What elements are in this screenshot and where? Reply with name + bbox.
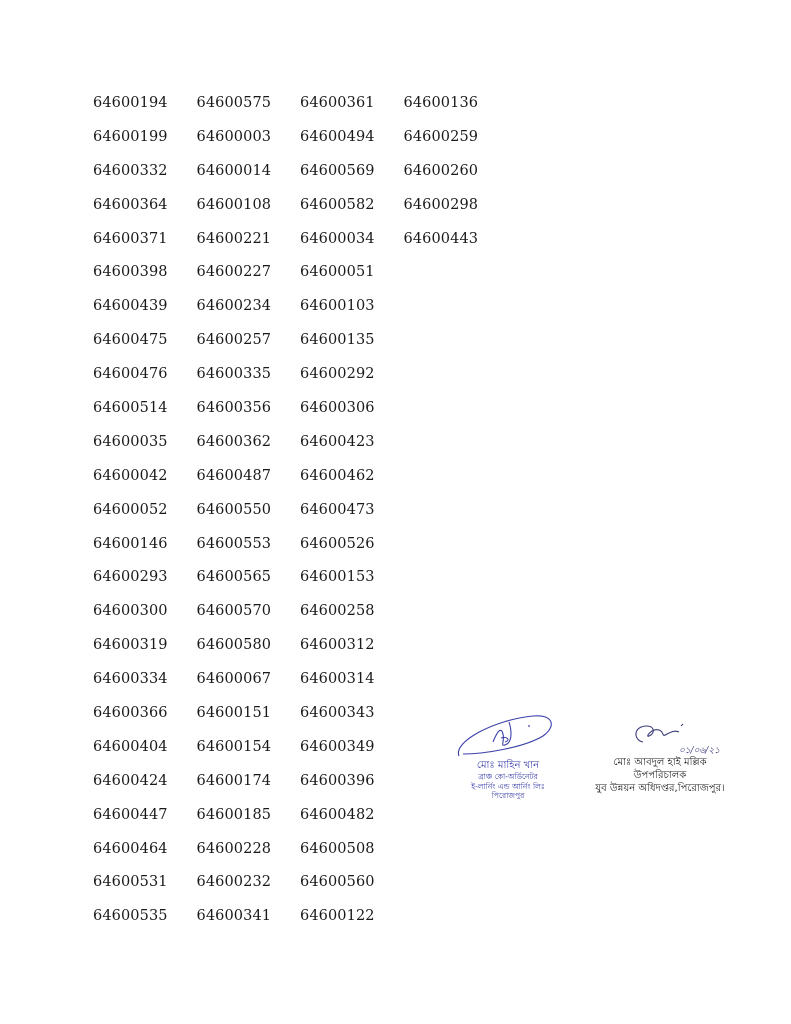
signature-scribble-icon [615,722,705,746]
id-number-cell: 64600494 [300,127,404,161]
id-number-cell: 64600565 [197,567,301,601]
id-number-cell: 64600298 [404,195,508,229]
id-number-cell: 64600136 [404,93,508,127]
id-number-cell: 64600439 [93,296,197,330]
id-number-cell: 64600221 [197,229,301,263]
id-number-cell: 64600314 [300,669,404,703]
id-number-cell: 64600553 [197,534,301,568]
left-signatory-organization: ই-লার্নিং এন্ড আর্নিং লিঃ [448,782,568,792]
id-number-cell: 64600476 [93,364,197,398]
id-number-cell: 64600154 [197,737,301,771]
right-signatory-organization: যুব উন্নয়ন অধিদপ্তর,পিরোজপুর। [590,782,730,795]
id-number-cell: 64600424 [93,771,197,805]
id-number-cell: 64600398 [93,262,197,296]
id-column-3: 6460036164600494646005696460058264600034… [300,93,404,940]
id-number-cell: 64600473 [300,500,404,534]
id-number-cell: 64600335 [197,364,301,398]
id-number-cell: 64600475 [93,330,197,364]
id-number-cell: 64600447 [93,805,197,839]
id-number-cell: 64600575 [197,93,301,127]
id-number-cell: 64600334 [93,669,197,703]
id-number-cell: 64600443 [404,229,508,263]
id-number-cell: 64600232 [197,872,301,906]
signature-block-left: মোঃ মাহিন খান ব্রাঞ্চ কো-অর্ডিনেটর ই-লার… [448,712,568,801]
id-number-cell: 64600293 [93,567,197,601]
id-number-cell: 64600396 [300,771,404,805]
id-number-cell: 64600560 [300,872,404,906]
id-column-2: 6460057564600003646000146460010864600221… [197,93,301,940]
id-number-cell: 64600361 [300,93,404,127]
id-number-cell: 64600146 [93,534,197,568]
id-number-cell: 64600292 [300,364,404,398]
id-number-cell: 64600014 [197,161,301,195]
id-number-cell: 64600300 [93,601,197,635]
id-number-cell: 64600259 [404,127,508,161]
id-number-cell: 64600174 [197,771,301,805]
id-number-cell: 64600258 [300,601,404,635]
id-number-cell: 64600570 [197,601,301,635]
id-number-cell: 64600052 [93,500,197,534]
id-number-cell: 64600312 [300,635,404,669]
id-number-cell: 64600153 [300,567,404,601]
id-number-cell: 64600550 [197,500,301,534]
id-number-cell: 64600260 [404,161,508,195]
id-number-cell: 64600356 [197,398,301,432]
id-column-4: 6460013664600259646002606460029864600443 [404,93,508,940]
id-number-cell: 64600580 [197,635,301,669]
id-number-cell: 64600364 [93,195,197,229]
id-number-cell: 64600003 [197,127,301,161]
right-signatory-designation: উপপরিচালক [590,769,730,782]
document-page: 6460019464600199646003326460036464600371… [0,0,791,1024]
id-number-cell: 64600108 [197,195,301,229]
id-number-cell: 64600482 [300,805,404,839]
id-number-cell: 64600067 [197,669,301,703]
id-number-cell: 64600366 [93,703,197,737]
id-number-cell: 64600227 [197,262,301,296]
id-number-table: 6460019464600199646003326460036464600371… [93,93,507,940]
id-number-cell: 64600194 [93,93,197,127]
id-number-cell: 64600034 [300,229,404,263]
id-number-cell: 64600185 [197,805,301,839]
id-number-cell: 64600582 [300,195,404,229]
id-number-cell: 64600151 [197,703,301,737]
id-number-cell: 64600487 [197,466,301,500]
id-number-cell: 64600404 [93,737,197,771]
left-signatory-location: পিরোজপুর [448,791,568,801]
id-number-cell: 64600306 [300,398,404,432]
id-number-cell: 64600514 [93,398,197,432]
id-number-cell: 64600228 [197,839,301,873]
id-number-cell: 64600199 [93,127,197,161]
id-number-cell: 64600349 [300,737,404,771]
id-number-cell: 64600423 [300,432,404,466]
id-number-cell: 64600135 [300,330,404,364]
id-number-cell: 64600508 [300,839,404,873]
id-number-cell: 64600371 [93,229,197,263]
id-number-cell: 64600531 [93,872,197,906]
id-number-cell: 64600042 [93,466,197,500]
id-number-cell: 64600257 [197,330,301,364]
id-number-cell: 64600462 [300,466,404,500]
signature-block-right: ০১/০৬/২১ মোঃ আবদুল হাই মল্লিক উপপরিচালক … [590,722,730,795]
id-number-cell: 64600103 [300,296,404,330]
id-number-cell: 64600464 [93,839,197,873]
id-number-cell: 64600343 [300,703,404,737]
id-number-cell: 64600569 [300,161,404,195]
left-signatory-name: মোঃ মাহিন খান [448,760,568,772]
id-column-1: 6460019464600199646003326460036464600371… [93,93,197,940]
id-number-cell: 64600122 [300,906,404,940]
id-number-cell: 64600341 [197,906,301,940]
id-number-cell: 64600035 [93,432,197,466]
right-signatory-name: মোঃ আবদুল হাই মল্লিক [590,756,730,769]
id-number-cell: 64600362 [197,432,301,466]
signature-date: ০১/০৬/২১ [590,746,730,756]
id-number-cell: 64600234 [197,296,301,330]
id-number-cell: 64600535 [93,906,197,940]
id-number-cell: 64600332 [93,161,197,195]
id-number-cell: 64600319 [93,635,197,669]
signature-scribble-icon [453,712,563,760]
left-signatory-designation: ব্রাঞ্চ কো-অর্ডিনেটর [448,772,568,782]
id-number-cell: 64600051 [300,262,404,296]
id-number-cell: 64600526 [300,534,404,568]
